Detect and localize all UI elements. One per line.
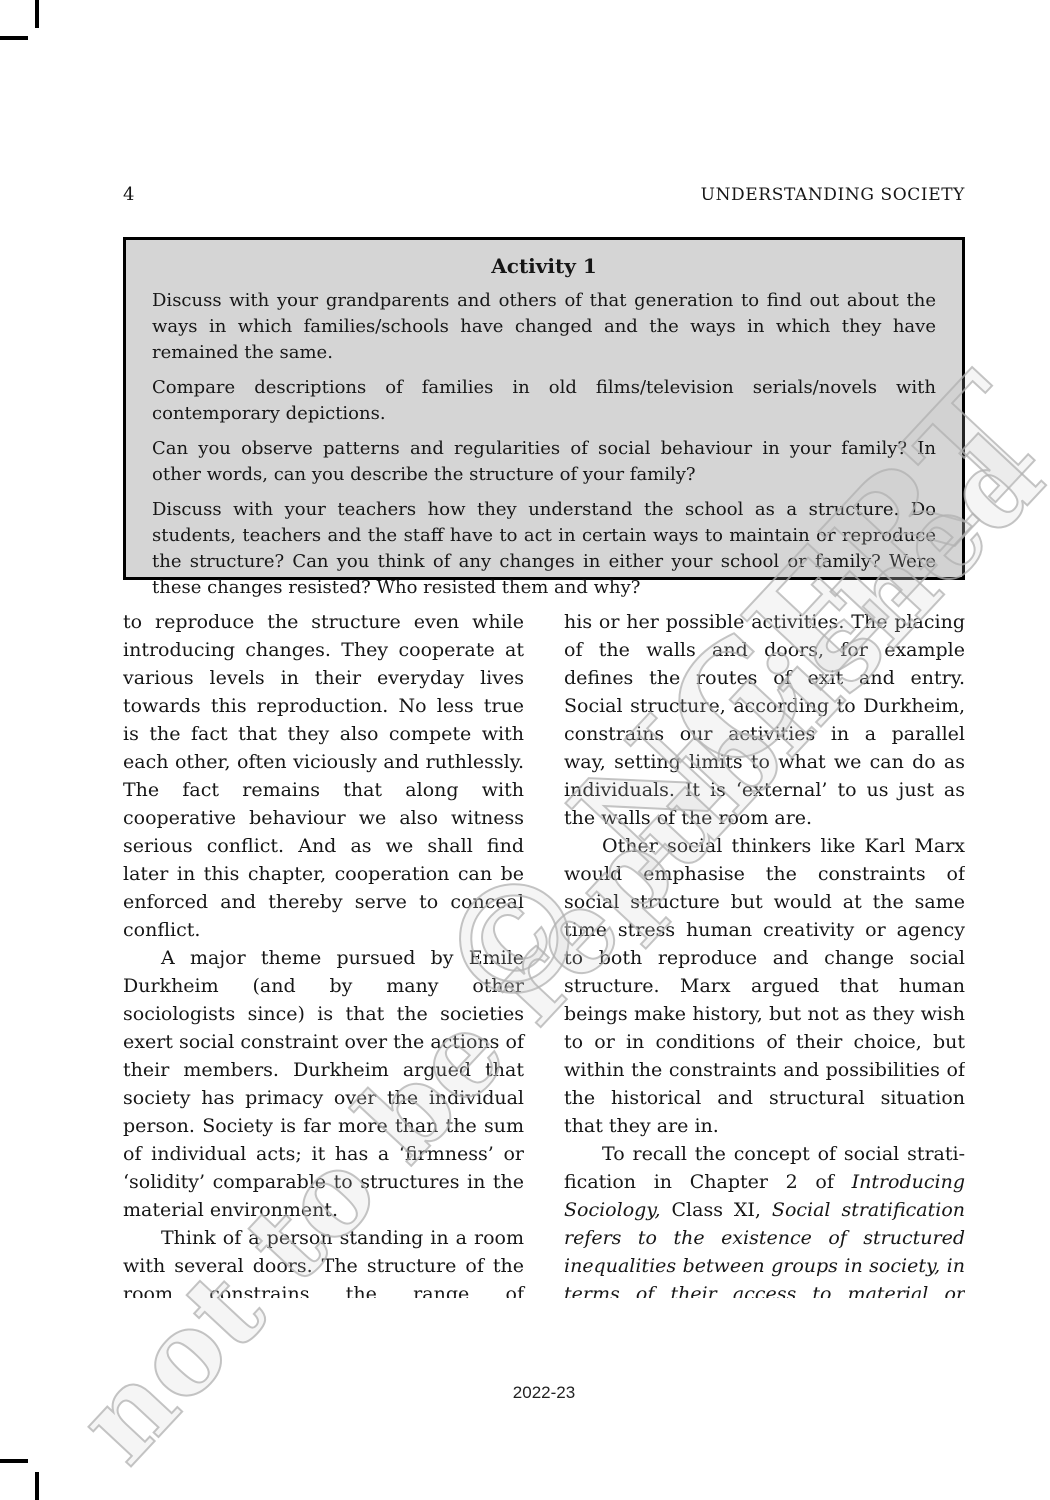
- text-run: Class XI,: [661, 1199, 772, 1221]
- page-footer: 2022-23: [123, 1383, 965, 1403]
- paragraph: Can you observe patterns and regularitie…: [152, 436, 936, 488]
- left-column: to reproduce the structure even while in…: [123, 608, 524, 1298]
- running-header: UNDERSTANDING SOCIETY: [701, 185, 965, 205]
- paragraph: To recall the concept of social strati-f…: [564, 1140, 965, 1298]
- text-run: Think of a person standing in a room wit…: [123, 1227, 524, 1298]
- text-run: Discuss with your teachers how they unde…: [152, 499, 936, 598]
- activity-title: Activity 1: [152, 254, 936, 278]
- paragraph: A major theme pursued by Emile Durkheim …: [123, 944, 524, 1224]
- text-run: A major theme pursued by Emile Durkheim …: [123, 947, 524, 1221]
- body-text: to reproduce the structure even while in…: [123, 608, 965, 1298]
- crop-mark-bottom-left-vertical: [35, 1472, 39, 1500]
- text-run: Other social thinkers like Karl Marx wou…: [564, 835, 965, 1137]
- text-run: Compare descriptions of families in old …: [152, 377, 936, 424]
- paragraph: his or her possible activities. The plac…: [564, 608, 965, 832]
- text-run: Can you observe patterns and regularitie…: [152, 438, 936, 485]
- page-header: 4 UNDERSTANDING SOCIETY: [123, 184, 965, 205]
- activity-paragraphs: Discuss with your grandparents and other…: [152, 288, 936, 601]
- right-column: his or her possible activities. The plac…: [564, 608, 965, 1298]
- paragraph: Other social thinkers like Karl Marx wou…: [564, 832, 965, 1140]
- crop-mark-bottom-left-horizontal: [0, 1459, 28, 1463]
- crop-mark-top-left-horizontal: [0, 36, 28, 40]
- text-run: his or her possible activities. The plac…: [564, 611, 965, 829]
- textbook-page: © NCERT not to be republished 4 UNDERSTA…: [0, 0, 1050, 1500]
- paragraph: Compare descriptions of families in old …: [152, 375, 936, 427]
- text-run: to reproduce the structure even while in…: [123, 611, 524, 941]
- text-run: Discuss with your grandparents and other…: [152, 290, 936, 363]
- paragraph: Think of a person standing in a room wit…: [123, 1224, 524, 1298]
- activity-box: Activity 1 Discuss with your grandparent…: [123, 237, 965, 580]
- paragraph: Discuss with your grandparents and other…: [152, 288, 936, 366]
- crop-mark-top-left-vertical: [35, 0, 39, 28]
- paragraph: Discuss with your teachers how they unde…: [152, 497, 936, 601]
- paragraph: to reproduce the structure even while in…: [123, 608, 524, 944]
- page-number: 4: [123, 184, 134, 205]
